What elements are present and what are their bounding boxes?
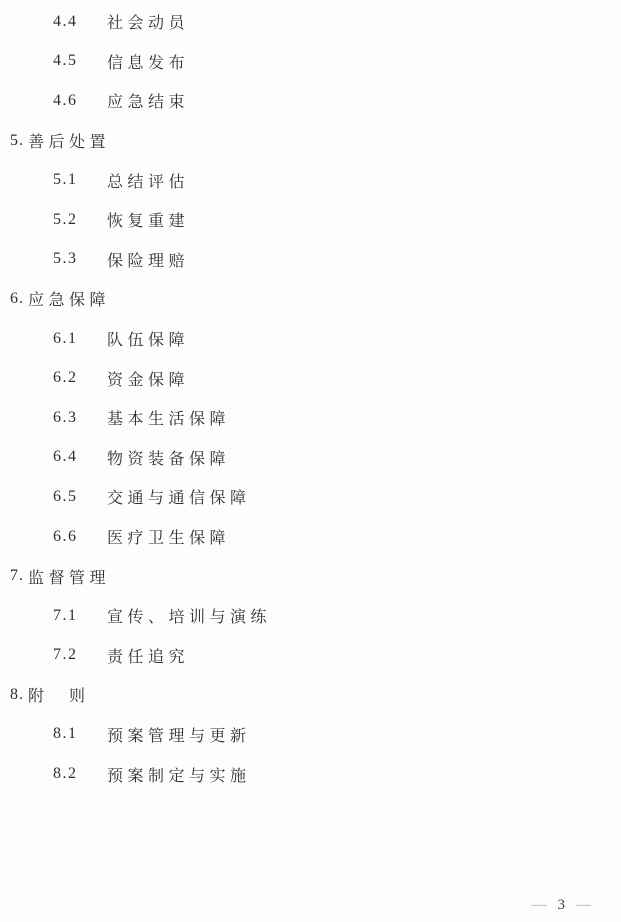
toc-item-number: 5.3: [53, 250, 79, 268]
toc-item-title: 责任追究: [107, 644, 189, 667]
toc-item-number: 5.1: [53, 171, 79, 189]
toc-item-title: 善后处置: [28, 129, 110, 152]
toc-item-title: 物资装备保障: [107, 446, 230, 469]
toc-item-number: 6.2: [53, 369, 79, 387]
toc-item-number: 5.2: [53, 211, 79, 229]
toc-item: 7.1 宣传、培训与演练: [0, 596, 621, 636]
toc-item-number: 7.: [10, 567, 28, 585]
toc-item-number: 4.6: [53, 92, 79, 110]
toc-item: 6.4 物资装备保障: [0, 438, 621, 478]
toc-item: 6.2 资金保障: [0, 358, 621, 398]
toc-item-number: 6.4: [53, 448, 79, 466]
toc-item: 8. 附 则: [0, 675, 621, 715]
toc-item: 4.6 应急结束: [0, 81, 621, 121]
toc-item: 6.6 医疗卫生保障: [0, 517, 621, 557]
document-page: 4.4 社会动员 4.5 信息发布 4.6 应急结束 5. 善后处置 5.1 总…: [0, 0, 621, 922]
toc-item-number: 6.1: [53, 330, 79, 348]
toc-item-title: 社会动员: [107, 10, 189, 33]
toc-item-title: 信息发布: [107, 50, 189, 73]
toc-item-number: 6.: [10, 290, 28, 308]
toc-item: 4.5 信息发布: [0, 42, 621, 82]
toc-item-number: 6.5: [53, 488, 79, 506]
toc-item-title: 基本生活保障: [107, 406, 230, 429]
toc-item-number: 7.1: [53, 607, 79, 625]
toc-item: 5.2 恢复重建: [0, 200, 621, 240]
toc-item-number: 6.6: [53, 528, 79, 546]
toc-item: 6.3 基本生活保障: [0, 398, 621, 438]
toc-item: 7. 监督管理: [0, 556, 621, 596]
toc-item: 6. 应急保障: [0, 279, 621, 319]
toc-item-number: 6.3: [53, 409, 79, 427]
toc-item: 6.1 队伍保障: [0, 319, 621, 359]
toc-item-title: 医疗卫生保障: [107, 525, 230, 548]
toc-item: 8.2 预案制定与实施: [0, 754, 621, 794]
toc-item: 5.3 保险理赔: [0, 240, 621, 280]
toc-item-number: 8.1: [53, 725, 79, 743]
toc-item-title: 资金保障: [107, 367, 189, 390]
toc-item-title: 队伍保障: [107, 327, 189, 350]
toc-item-title: 预案管理与更新: [107, 723, 251, 746]
toc-item: 5.1 总结评估: [0, 160, 621, 200]
toc-item-number: 8.: [10, 686, 28, 704]
toc-item-title: 预案制定与实施: [107, 763, 251, 786]
toc-item: 5. 善后处置: [0, 121, 621, 161]
toc-item-number: 4.5: [53, 52, 79, 70]
toc-item-title: 宣传、培训与演练: [107, 604, 271, 627]
toc-item-title: 附 则: [28, 683, 90, 706]
toc-item: 4.4 社会动员: [0, 2, 621, 42]
page-number: 3: [558, 897, 566, 914]
toc-item-number: 8.2: [53, 765, 79, 783]
toc-item-title: 监督管理: [28, 565, 110, 588]
toc-item-title: 保险理赔: [107, 248, 189, 271]
footer-dash-left: —: [532, 897, 547, 914]
toc-list: 4.4 社会动员 4.5 信息发布 4.6 应急结束 5. 善后处置 5.1 总…: [0, 2, 621, 794]
toc-item-title: 交通与通信保障: [107, 485, 251, 508]
toc-item: 8.1 预案管理与更新: [0, 715, 621, 755]
toc-item-title: 应急结束: [107, 89, 189, 112]
toc-item-title: 恢复重建: [107, 208, 189, 231]
toc-item-number: 7.2: [53, 646, 79, 664]
page-footer: — 3 —: [532, 897, 592, 914]
footer-dash-right: —: [576, 897, 591, 914]
toc-item-title: 应急保障: [28, 287, 110, 310]
toc-item: 7.2 责任追究: [0, 636, 621, 676]
toc-item-title: 总结评估: [107, 169, 189, 192]
toc-item-number: 4.4: [53, 13, 79, 31]
toc-item-number: 5.: [10, 132, 28, 150]
toc-item: 6.5 交通与通信保障: [0, 477, 621, 517]
